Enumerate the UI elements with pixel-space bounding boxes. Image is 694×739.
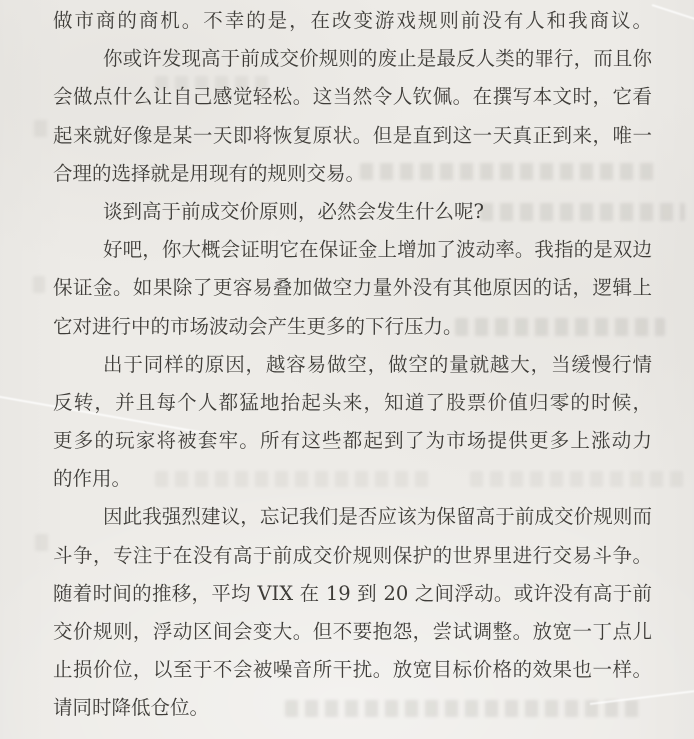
bleed-through-artifact [33,276,45,293]
text-line: 反转，并且每个人都猛地抬起头来，知道了股票价值归零的时候， [53,384,652,422]
text-line: 会做点什么让自己感觉轻松。这当然令人钦佩。在撰写本文时，它看 [53,78,652,116]
scanned-page: 做市商的商机。不幸的是，在改变游戏规则前没有人和我商议。 你或许发现高于前成交价… [0,0,694,739]
text-line: 它对进行中的市场波动会产生更多的下行压力。 [53,308,652,346]
text-line: 交价规则，浮动区间会变大。但不要抱怨，尝试调整。放宽一丁点儿 [53,613,652,651]
scan-scratch-artifact [652,4,694,23]
text-line: 起来就好像是某一天即将恢复原状。但是直到这一天真正到来，唯一 [53,117,652,155]
text-line: 随着时间的推移，平均 VIX 在 19 到 20 之间浮动。或许没有高于前成 [53,575,652,613]
text-line: 的作用。 [53,460,652,498]
text-block: 做市商的商机。不幸的是，在改变游戏规则前没有人和我商议。 你或许发现高于前成交价… [53,2,652,728]
text-line: 合理的选择就是用现有的规则交易。 [53,155,652,193]
bleed-through-artifact [35,534,49,551]
text-line: 谈到高于前成交价原则，必然会发生什么呢? [53,193,652,231]
bleed-through-artifact [34,120,48,137]
text-line: 你或许发现高于前成交价规则的废止是最反人类的罪行，而且你 [53,40,652,78]
text-line: 止损价位，以至于不会被噪音所干扰。放宽目标价格的效果也一样。 [53,651,652,689]
text-line: 保证金。如果除了更容易叠加做空力量外没有其他原因的话，逻辑上 [53,269,652,307]
text-line: 斗争，专注于在没有高于前成交价规则保护的世界里进行交易斗争。 [53,537,652,575]
text-line: 请同时降低仓位。 [53,689,652,727]
text-line: 更多的玩家将被套牢。所有这些都起到了为市场提供更多上涨动力 [53,422,652,460]
text-line: 因此我强烈建议，忘记我们是否应该为保留高于前成交价规则而 [53,498,652,536]
text-line: 出于同样的原因，越容易做空，做空的量就越大，当缓慢行情 [53,346,652,384]
text-line: 好吧，你大概会证明它在保证金上增加了波动率。我指的是双边 [53,231,652,269]
text-line: 做市商的商机。不幸的是，在改变游戏规则前没有人和我商议。 [53,2,652,40]
